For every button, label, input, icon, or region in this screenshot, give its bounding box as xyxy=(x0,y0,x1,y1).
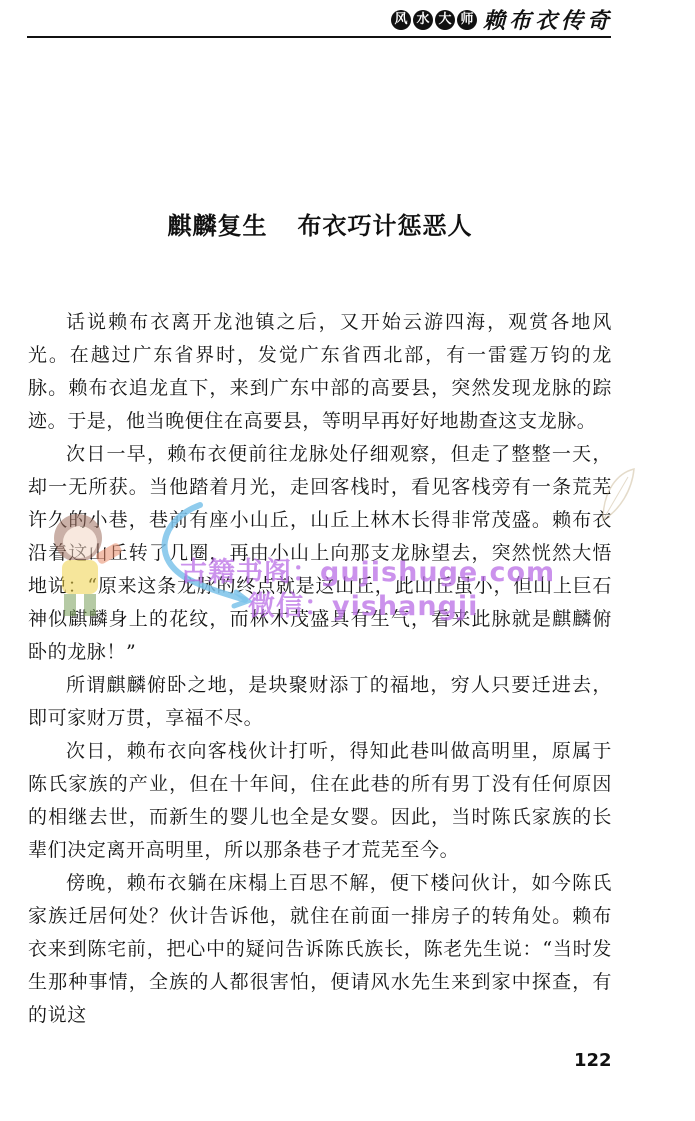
header-badge-feng: 风 xyxy=(391,10,411,30)
paragraph-3: 所谓麒麟俯卧之地，是块聚财添丁的福地，穷人只要迁进去，即可家财万贯，享福不尽。 xyxy=(28,669,612,735)
chapter-title-part1: 麒麟复生 xyxy=(168,212,268,240)
header-rule xyxy=(27,36,611,38)
book-title-script: 赖布衣传奇 xyxy=(483,4,613,35)
chapter-title: 麒麟复生布衣巧计惩恶人 xyxy=(0,206,640,241)
header-badge-shi: 师 xyxy=(457,10,477,30)
header-badge-da: 大 xyxy=(435,10,455,30)
paragraph-5: 傍晚，赖布衣躺在床榻上百思不解，便下楼问伙计，如今陈氏家族迁居何处？伙计告诉他，… xyxy=(28,867,612,1032)
paragraph-4: 次日，赖布衣向客栈伙计打听，得知此巷叫做高明里，原属于陈氏家族的产业，但在十年间… xyxy=(28,735,612,867)
running-header: 风 水 大 师 赖布衣传奇 xyxy=(0,0,695,40)
body-text: 话说赖布衣离开龙池镇之后，又开始云游四海，观赏各地风光。在越过广东省界时，发觉广… xyxy=(28,306,612,1032)
book-title: 风 水 大 师 赖布衣传奇 xyxy=(391,4,613,35)
page-number: 122 xyxy=(574,1050,612,1071)
paragraph-1: 话说赖布衣离开龙池镇之后，又开始云游四海，观赏各地风光。在越过广东省界时，发觉广… xyxy=(28,306,612,438)
header-badge-shui: 水 xyxy=(413,10,433,30)
paragraph-2: 次日一早，赖布衣便前往龙脉处仔细观察，但走了整整一天，却一无所获。当他踏着月光，… xyxy=(28,438,612,669)
chapter-title-part2: 布衣巧计惩恶人 xyxy=(298,212,473,240)
